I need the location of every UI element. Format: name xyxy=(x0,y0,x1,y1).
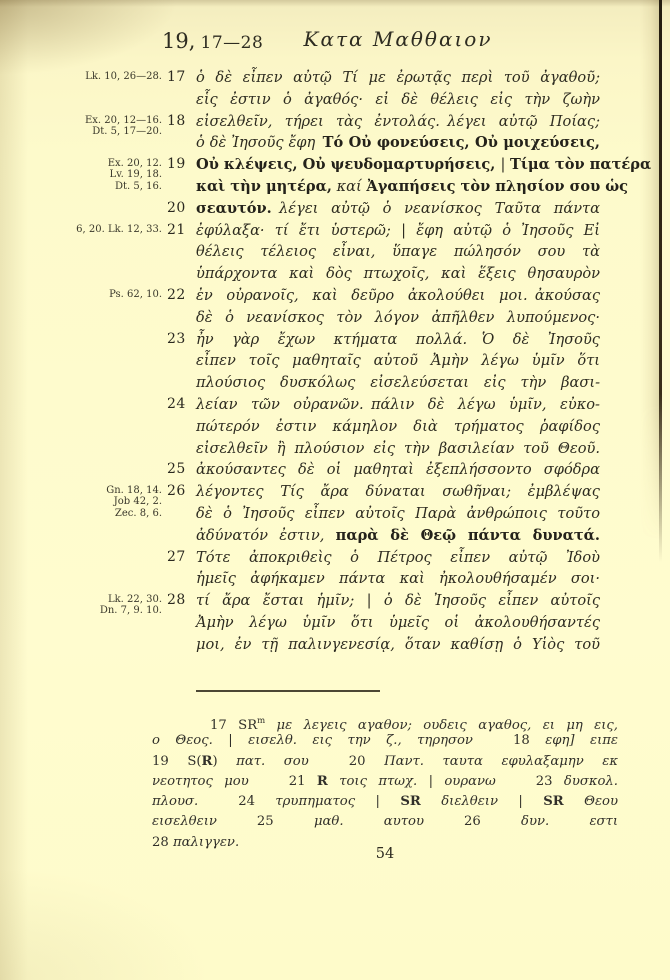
greek-text: ὑπάρχοντα καὶ δὸς πτωχοῖς, καὶ ἕξεις θησ… xyxy=(196,265,600,282)
verse-number: 24 xyxy=(167,394,186,416)
greek-text-line: καὶ τὴν μητέρα, καί Ἀγαπήσεις τὸν πλησίο… xyxy=(196,176,600,198)
witness-sigla: SR xyxy=(400,794,420,809)
apparatus-text: δυν. εστι xyxy=(521,814,618,829)
margin-cross-reference: Ex. 20, 12.Lv. 19, 18.Dt. 5, 16. xyxy=(108,158,162,192)
greek-text: εἷς ἐστιν ὁ ἀγαθός· εἰ δὲ θέλεις εἰς τὴν… xyxy=(196,91,600,108)
greek-text-line: ἀδύνατόν ἐστιν, παρὰ δὲ Θεῷ πάντα δυνατά… xyxy=(196,525,600,547)
ot-quote-bold-text: Τό Οὐ φονεύσεις, Οὐ μοιχεύσεις, xyxy=(323,134,600,151)
apparatus-text: πατ. σου xyxy=(236,754,309,769)
margin-cross-reference: 6, 20. Lk. 12, 33. xyxy=(76,224,162,235)
chapter-number: 19, xyxy=(162,29,195,53)
scan-edge-shading xyxy=(640,0,660,540)
greek-text: ἀδύνατόν ἐστιν, xyxy=(196,527,336,544)
witness-sigla: R xyxy=(202,754,213,769)
running-title: Κατα Μαθθαιον xyxy=(196,27,600,51)
greek-text-line: 27Τότε ἀποκριθεὶς ὁ Πέτρος εἶπεν αὐτῷ Ἰδ… xyxy=(196,547,600,569)
witness-sigla: SR xyxy=(543,794,563,809)
greek-text: ὁ δὲ εἶπεν αὐτῷ Τί με ἐρωτᾷς περὶ τοῦ ἀγ… xyxy=(196,69,600,86)
apparatus-text: πλουσ. xyxy=(152,794,198,809)
greek-text: λέγοντες Τίς ἄρα δύναται σωθῆναι; ἐμβλέψ… xyxy=(196,483,600,500)
greek-text: λείαν τῶν οὐρανῶν. πάλιν δὲ λέγω ὑμῖν, ε… xyxy=(196,396,600,413)
apparatus-line: πλουσ.24 τρυπηματος | SR διελθειν | SR Θ… xyxy=(152,792,618,812)
greek-text: Τότε ἀποκριθεὶς ὁ Πέτρος εἶπεν αὐτῷ Ἰδοὺ xyxy=(196,549,600,566)
greek-text: πώτερόν ἐστιν κάμηλον διὰ τρήματος ῥαφίδ… xyxy=(196,418,600,435)
greek-text-line: δὲ ὁ Ἰησοῦς εἶπεν αὐτοῖς Παρὰ ἀνθρώποις … xyxy=(196,503,600,525)
scanned-book-page: 19, 17—28 Κατα Μαθθαιον Lk. 10, 26—28.Ex… xyxy=(0,0,670,980)
scan-page-edge-line xyxy=(659,0,662,562)
apparatus-line: νεοτητος μου21 R τοις πτωχ. | ουρανω23 δ… xyxy=(152,772,618,792)
greek-text: θέλεις τέλειος εἶναι, ὕπαγε πώλησόν σου … xyxy=(196,243,600,260)
greek-text-line: εἷς ἐστιν ὁ ἀγαθός· εἰ δὲ θέλεις εἰς τὴν… xyxy=(196,89,600,111)
greek-text-line: 22ἐν οὐρανοῖς, καὶ δεῦρο ἀκολούθει μοι. … xyxy=(196,285,600,307)
critical-apparatus: 17 SRm με λεγεις αγαθον; ουδεις αγαθος, … xyxy=(152,711,618,853)
greek-text: εἰσελθεῖν ἢ πλούσιον εἰς τὴν βασιλείαν τ… xyxy=(196,440,600,457)
apparatus-text: τρυπηματος | xyxy=(275,794,400,809)
margin-cross-reference: Ex. 20, 12—16.Dt. 5, 17—20. xyxy=(85,115,162,138)
verse-number: 23 xyxy=(167,329,186,351)
apparatus-text: διελθειν | xyxy=(421,794,543,809)
greek-text-line: ἡμεῖς ἀφήκαμεν πάντα καὶ ἠκολουθήσαμέν σ… xyxy=(196,568,600,590)
apparatus-text: εφη] ειπε xyxy=(545,733,618,748)
greek-text: καί xyxy=(332,178,366,195)
ot-quote-bold-text: Ἀγαπήσεις τὸν πλησίον σου ὡς xyxy=(366,178,628,195)
greek-text: ἡμεῖς ἀφήκαμεν πάντα καὶ ἠκολουθήσαμέν σ… xyxy=(196,570,600,587)
verse-number: 25 xyxy=(167,459,186,481)
greek-text: | xyxy=(367,592,384,609)
verse-number: 18 xyxy=(167,111,186,133)
greek-text-line: εἶπεν τοῖς μαθηταῖς αὐτοῦ Ἀμὴν λέγω ὑμῖν… xyxy=(196,350,600,372)
greek-text: Ἀμὴν λέγω ὑμῖν ὅτι ὑμεῖς οἱ ἀκολουθήσαντ… xyxy=(196,614,600,631)
ot-quote-bold-text: Τίμα τὸν πατέρα xyxy=(510,156,651,173)
witness-sigla: 18 xyxy=(513,733,545,748)
apparatus-line: 19 S(R) πατ. σου20 Παντ. ταυτα εφυλαξαμη… xyxy=(152,752,618,772)
greek-text-line: 17ὁ δὲ εἶπεν αὐτῷ Τί με ἐρωτᾷς περὶ τοῦ … xyxy=(196,67,600,89)
witness-sigla: 25 xyxy=(257,814,314,829)
greek-text: δὲ ὁ νεανίσκος τὸν λόγον ἀπῆλθεν λυπούμε… xyxy=(196,309,600,326)
greek-text: λέγει αὐτῷ ὁ νεανίσκος Ταῦτα πάντα xyxy=(272,200,600,217)
verse-number: 28 xyxy=(167,590,186,612)
verse-number: 22 xyxy=(167,285,186,307)
greek-text-line: 18εἰσελθεῖν, τήρει τὰς ἐντολάς. λέγει αὐ… xyxy=(196,111,600,133)
greek-text: | xyxy=(500,156,510,173)
greek-text-line: Ἀμὴν λέγω ὑμῖν ὅτι ὑμεῖς οἱ ἀκολουθήσαντ… xyxy=(196,612,600,634)
greek-text-line: πλούσιος δυσκόλως εἰσελεύσεται εἰς τὴν β… xyxy=(196,372,600,394)
witness-sigla: S( xyxy=(187,754,201,769)
greek-text: εἰσελθεῖν, τήρει τὰς ἐντολάς. λέγει αὐτῷ… xyxy=(196,113,600,130)
greek-text: μοι, ἐν τῇ παλινγενεσίᾳ, ὅταν καθίσῃ ὁ Υ… xyxy=(196,636,600,653)
greek-text-line: ὁ δὲ Ἰησοῦς ἔφη Τό Οὐ φονεύσεις, Οὐ μοιχ… xyxy=(196,132,600,154)
ot-quote-bold-text: σεαυτόν. xyxy=(196,200,272,217)
greek-text-line: 24λείαν τῶν οὐρανῶν. πάλιν δὲ λέγω ὑμῖν,… xyxy=(196,394,600,416)
apparatus-line: ο Θεος. | εισελθ. εις την ζ., τηρησον18 … xyxy=(152,731,618,751)
greek-text-line: δὲ ὁ νεανίσκος τὸν λόγον ἀπῆλθεν λυπούμε… xyxy=(196,307,600,329)
verse-number: 19 xyxy=(167,154,186,176)
greek-text-line: θέλεις τέλειος εἶναι, ὕπαγε πώλησόν σου … xyxy=(196,241,600,263)
verse-number: 21 xyxy=(167,220,186,242)
greek-text-line: 20σεαυτόν. λέγει αὐτῷ ὁ νεανίσκος Ταῦτα … xyxy=(196,198,600,220)
greek-text: ἦν γὰρ ἔχων κτήματα πολλά. Ὁ δὲ Ἰησοῦς xyxy=(196,331,600,348)
verse-number: 17 xyxy=(167,67,186,89)
greek-text: δὲ ὁ Ἰησοῦς εἶπεν αὐτοῖς Παρὰ ἀνθρώποις … xyxy=(196,505,600,522)
apparatus-line: 17 SRm με λεγεις αγαθον; ουδεις αγαθος, … xyxy=(152,711,618,731)
verse-number: 20 xyxy=(167,198,186,220)
margin-cross-reference: Lk. 22, 30.Dn. 7, 9. 10. xyxy=(100,594,162,617)
greek-text-line: 19Οὐ κλέψεις, Οὐ ψευδομαρτυρήσεις, | Τίμ… xyxy=(196,154,600,176)
greek-text-line: ὑπάρχοντα καὶ δὸς πτωχοῖς, καὶ ἕξεις θησ… xyxy=(196,263,600,285)
greek-text: τί ἄρα ἔσται ἡμῖν; xyxy=(196,592,367,609)
greek-text-line: 23ἦν γὰρ ἔχων κτήματα πολλά. Ὁ δὲ Ἰησοῦς xyxy=(196,329,600,351)
greek-text-line: 28τί ἄρα ἔσται ἡμῖν; | ὁ δὲ Ἰησοῦς εἶπεν… xyxy=(196,590,600,612)
witness-sigla: ) xyxy=(212,754,236,769)
greek-text-block: 17ὁ δὲ εἶπεν αὐτῷ Τί με ἐρωτᾷς περὶ τοῦ … xyxy=(196,67,600,656)
greek-text: πλούσιος δυσκόλως εἰσελεύσεται εἰς τὴν β… xyxy=(196,374,600,391)
greek-text: ἀκούσαντες δὲ οἱ μαθηταὶ ἐξεπλήσσοντο σφ… xyxy=(196,461,600,478)
greek-text: | xyxy=(401,222,416,239)
margin-cross-reference: Lk. 10, 26—28. xyxy=(85,71,162,82)
greek-text: ἔφη αὐτῷ ὁ Ἰησοῦς Εἰ xyxy=(416,222,600,239)
witness-sigla: 19 xyxy=(152,754,187,769)
margin-cross-reference: Gn. 18, 14.Job 42, 2.Zec. 8, 6. xyxy=(106,485,162,519)
apparatus-text: εισελθειν xyxy=(152,814,217,829)
apparatus-text: δυσκολ. xyxy=(564,774,618,789)
witness-sigla: 20 xyxy=(349,754,384,769)
margin-cross-reference: Ps. 62, 10. xyxy=(109,289,162,300)
greek-text: ἐφύλαξα· τί ἔτι ὑστερῶ; xyxy=(196,222,401,239)
greek-text: ὁ δὲ Ἰησοῦς εἶπεν αὐτοῖς xyxy=(384,592,600,609)
apparatus-text: ο Θεος. | εισελθ. εις την ζ., τηρησον xyxy=(152,733,473,748)
verse-number: 26 xyxy=(167,481,186,503)
witness-sigla: 23 xyxy=(536,774,564,789)
apparatus-text: μαθ. αυτου xyxy=(314,814,424,829)
witness-sigla: 21 xyxy=(289,774,317,789)
ot-quote-bold-text: Οὐ κλέψεις, Οὐ ψευδομαρτυρήσεις, xyxy=(196,156,500,173)
greek-text: εἶπεν τοῖς μαθηταῖς αὐτοῦ Ἀμὴν λέγω ὑμῖν… xyxy=(196,352,600,369)
apparatus-text: νεοτητος μου xyxy=(152,774,249,789)
greek-text-line: 21ἐφύλαξα· τί ἔτι ὑστερῶ; | ἔφη αὐτῷ ὁ Ἰ… xyxy=(196,220,600,242)
greek-text-line: μοι, ἐν τῇ παλινγενεσίᾳ, ὅταν καθίσῃ ὁ Υ… xyxy=(196,634,600,656)
greek-text-line: πώτερόν ἐστιν κάμηλον διὰ τρήματος ῥαφίδ… xyxy=(196,416,600,438)
apparatus-separator-rule xyxy=(196,690,380,692)
witness-sigla: 24 xyxy=(238,794,275,809)
apparatus-text: Παντ. ταυτα εφυλαξαμην εκ xyxy=(384,754,618,769)
greek-text-line: 26λέγοντες Τίς ἄρα δύναται σωθῆναι; ἐμβλ… xyxy=(196,481,600,503)
page-number: 54 xyxy=(152,846,618,862)
apparatus-line: εισελθειν25 μαθ. αυτου26 δυν. εστι xyxy=(152,812,618,832)
greek-text-line: εἰσελθεῖν ἢ πλούσιον εἰς τὴν βασιλείαν τ… xyxy=(196,438,600,460)
apparatus-text: τοις πτωχ. | ουρανω xyxy=(328,774,496,789)
ot-quote-bold-text: καὶ τὴν μητέρα, xyxy=(196,178,332,195)
greek-text: ὁ δὲ Ἰησοῦς ἔφη xyxy=(196,134,323,151)
apparatus-text: Θεου xyxy=(564,794,618,809)
witness-sigla: R xyxy=(317,774,328,789)
greek-text-line: 25ἀκούσαντες δὲ οἱ μαθηταὶ ἐξεπλήσσοντο … xyxy=(196,459,600,481)
greek-text: ἐν οὐρανοῖς, καὶ δεῦρο ἀκολούθει μοι. ἀκ… xyxy=(196,287,600,304)
verse-number: 27 xyxy=(167,547,186,569)
apparatus-text: m xyxy=(257,716,265,726)
ot-quote-bold-text: παρὰ δὲ Θεῷ πάντα δυνατά. xyxy=(336,527,600,544)
witness-sigla: 26 xyxy=(464,814,521,829)
